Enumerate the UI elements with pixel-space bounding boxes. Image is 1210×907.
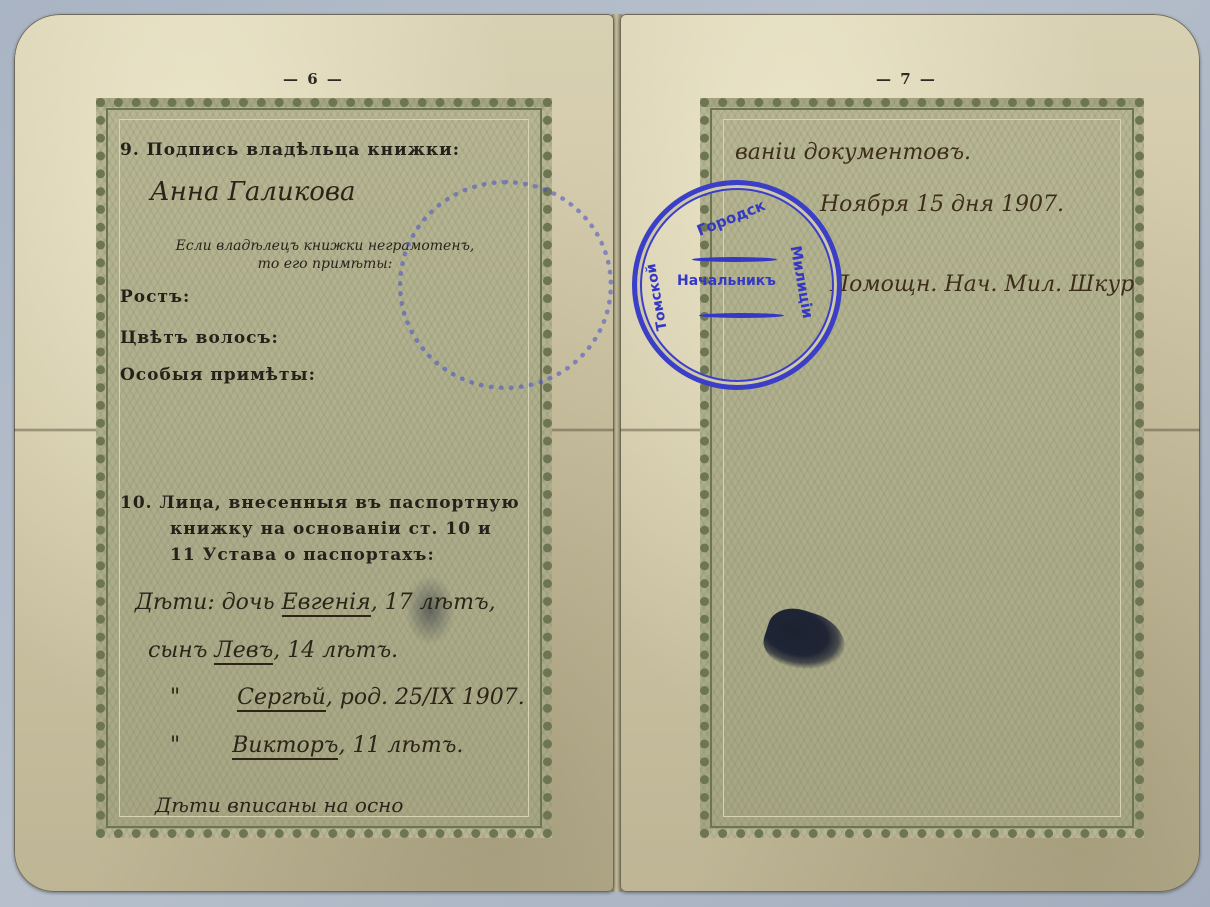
child-entry-4-prefix: ": [170, 733, 180, 758]
child-entry-3-detail: , род. 25/IX 1907.: [326, 685, 525, 710]
child-entry-3-name: Сергѣй: [237, 685, 326, 712]
official-note-line1: ваніи документовъ.: [735, 140, 971, 165]
stamp-top-arc-text: Городск: [694, 196, 768, 240]
children-trailing-note: Дѣти вписаны на осно: [155, 793, 403, 817]
stamp-center-text: Начальникъ: [677, 273, 776, 289]
child-entry-4: " Викторъ, 11 лѣтъ.: [170, 733, 463, 758]
child-entry-1-detail: , 17 лѣтъ,: [371, 590, 496, 615]
child-entry-2-name: Левъ: [214, 638, 273, 665]
stamp-right-arc-text: Милиціи: [787, 244, 818, 320]
child-entry-3: " Сергѣй, род. 25/IX 1907.: [170, 685, 525, 710]
official-note-date: Ноября 15 дня 1907.: [820, 192, 1064, 217]
child-entry-2-detail: , 14 лѣтъ.: [273, 638, 398, 663]
right-page-number: — 7 —: [876, 70, 937, 88]
owner-signature-text: Анна Галикова: [150, 177, 356, 207]
child-entry-4-detail: , 11 лѣтъ.: [338, 733, 463, 758]
child-entry-1: Дѣти: дочь Евгенія, 17 лѣтъ,: [135, 590, 496, 615]
owner-signature: Анна Галикова: [150, 177, 356, 207]
left-page-number: — 6 —: [283, 70, 344, 88]
child-entry-1-prefix: Дѣти: дочь: [135, 590, 275, 615]
child-entry-2: сынъ Левъ, 14 лѣтъ.: [148, 638, 398, 663]
field-height-label: Ростъ:: [120, 287, 190, 307]
section-10-heading-line3: 11 Устава о паспортахъ:: [170, 545, 435, 565]
faded-stamp: [398, 180, 613, 390]
child-entry-2-prefix: сынъ: [148, 638, 207, 663]
official-note-signature: Помощн. Нач. Мил. Шкур: [830, 272, 1134, 297]
stamp-ornament-top: [692, 257, 777, 262]
section-10-heading-line1: 10. Лица, внесенныя въ паспортную: [120, 493, 520, 513]
stamp-left-arc-text: Томской: [643, 262, 671, 332]
child-entry-3-prefix: ": [170, 685, 180, 710]
stamp-ornament-bottom: [699, 313, 784, 318]
child-entry-4-name: Викторъ: [232, 733, 338, 760]
field-special-marks-label: Особыя примѣты:: [120, 365, 316, 385]
militia-chief-stamp: Городск Милиціи Томской Начальникъ: [632, 180, 842, 390]
section-10-heading-line2: книжку на основаніи ст. 10 и: [170, 519, 492, 539]
child-entry-1-name: Евгенія: [282, 590, 371, 617]
field-hair-color-label: Цвѣтъ волосъ:: [120, 328, 279, 348]
section-9-heading: 9. Подпись владѣльца книжки:: [120, 140, 460, 160]
